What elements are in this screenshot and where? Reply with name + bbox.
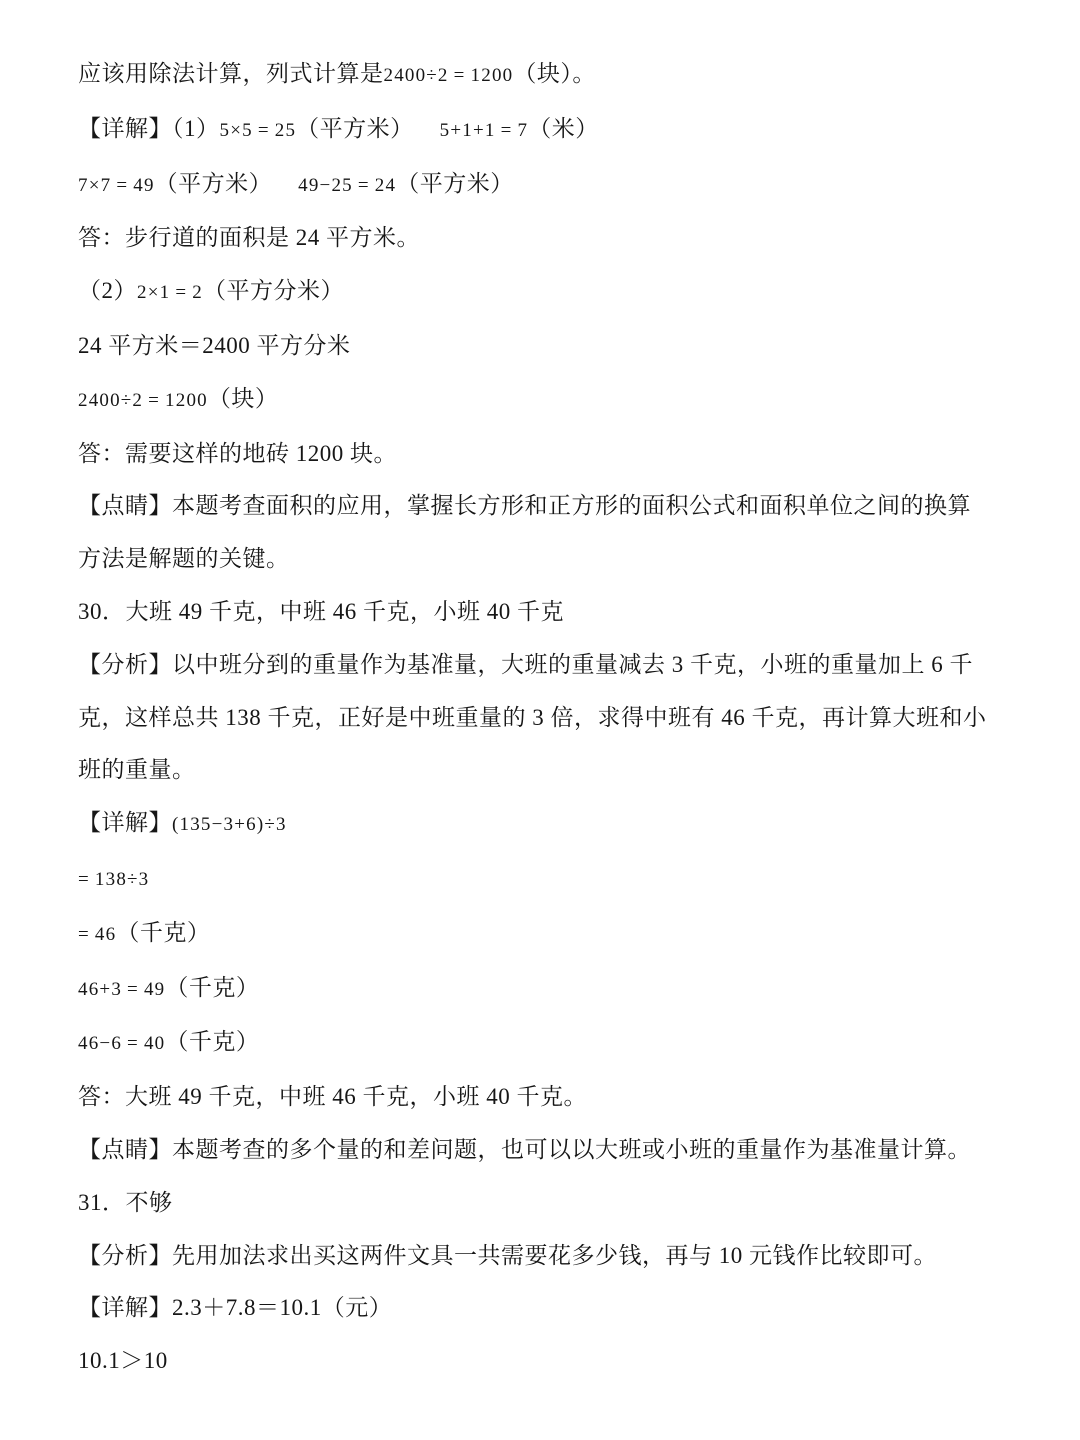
cn-text: 应该用除法计算，列式计算是 (78, 61, 384, 86)
math-text: (135−3+6)÷3 (172, 814, 287, 835)
text-line: 答：步行道的面积是 24 平方米。 (78, 212, 1010, 265)
cn-text: （千克） (165, 975, 259, 1000)
cn-text: （块）。 (513, 61, 596, 86)
cn-text: （平方米） (396, 171, 514, 196)
text-line: 46+3 = 49（千克） (78, 962, 1010, 1017)
cn-text: 班的重量。 (78, 757, 196, 782)
text-line: 【详解】(135−3+6)÷3 (78, 797, 1010, 852)
cn-text: （平方米） (155, 171, 273, 196)
math-text: 49−25 = 24 (298, 175, 396, 196)
cn-text: （块） (208, 386, 279, 411)
cn-text: （平方分米） (203, 278, 344, 303)
math-text: = 46 (78, 924, 116, 945)
cn-text: 【分析】以中班分到的重量作为基准量，大班的重量减去 3 千克，小班的重量加上 6… (78, 652, 973, 677)
cn-text: （米） (528, 116, 599, 141)
text-line: 方法是解题的关键。 (78, 533, 1010, 586)
cn-text: 【点睛】本题考查的多个量的和差问题，也可以以大班或小班的重量作为基准量计算。 (78, 1137, 971, 1162)
text-line: 2400÷2 = 1200（块） (78, 373, 1010, 428)
text-line: 【详解】（1）5×5 = 25（平方米）5+1+1 = 7（米） (78, 103, 1010, 158)
text-line: = 138÷3 (78, 852, 1010, 907)
text-line: 24 平方米＝2400 平方分米 (78, 320, 1010, 373)
text-line: 10.1＞10 (78, 1335, 1010, 1388)
cn-text: 克，这样总共 138 千克，正好是中班重量的 3 倍，求得中班有 46 千克，再… (78, 705, 987, 730)
cn-text: 【点睛】本题考查面积的应用，掌握长方形和正方形的面积公式和面积单位之间的换算 (78, 493, 971, 518)
text-line: 班的重量。 (78, 744, 1010, 797)
text-line: 应该用除法计算，列式计算是2400÷2 = 1200（块）。 (78, 48, 1010, 103)
math-text: 46−6 = 40 (78, 1033, 165, 1054)
math-text: 2×1 = 2 (137, 282, 203, 303)
text-line: （2）2×1 = 2（平方分米） (78, 265, 1010, 320)
cn-text: 方法是解题的关键。 (78, 546, 290, 571)
text-line: 【详解】2.3＋7.8＝10.1（元） (78, 1282, 1010, 1335)
text-line: 【分析】先用加法求出买这两件文具一共需要花多少钱，再与 10 元钱作比较即可。 (78, 1230, 1010, 1283)
document-page: 应该用除法计算，列式计算是2400÷2 = 1200（块）。【详解】（1）5×5… (0, 0, 1080, 1440)
text-line: = 46（千克） (78, 907, 1010, 962)
math-text: 46+3 = 49 (78, 979, 165, 1000)
math-text: 2400÷2 = 1200 (78, 390, 208, 411)
text-line: 7×7 = 49（平方米）49−25 = 24（平方米） (78, 158, 1010, 213)
cn-text: 24 平方米＝2400 平方分米 (78, 333, 351, 358)
math-text: 5×5 = 25 (220, 120, 297, 141)
text-line: 克，这样总共 138 千克，正好是中班重量的 3 倍，求得中班有 46 千克，再… (78, 692, 1010, 745)
cn-text: 答：大班 49 千克，中班 46 千克，小班 40 千克。 (78, 1084, 587, 1109)
cn-text: 30．大班 49 千克，中班 46 千克，小班 40 千克 (78, 599, 564, 624)
cn-text: （平方米） (296, 116, 414, 141)
text-line: 【点睛】本题考查面积的应用，掌握长方形和正方形的面积公式和面积单位之间的换算 (78, 480, 1010, 533)
cn-text: 31．不够 (78, 1190, 173, 1215)
text-line: 【分析】以中班分到的重量作为基准量，大班的重量减去 3 千克，小班的重量加上 6… (78, 639, 1010, 692)
text-line: 【点睛】本题考查的多个量的和差问题，也可以以大班或小班的重量作为基准量计算。 (78, 1124, 1010, 1177)
cn-text: 【详解】2.3＋7.8＝10.1（元） (78, 1295, 392, 1320)
cn-text: （千克） (165, 1029, 259, 1054)
text-line: 30．大班 49 千克，中班 46 千克，小班 40 千克 (78, 586, 1010, 639)
cn-text: 10.1＞10 (78, 1348, 168, 1373)
math-text: 5+1+1 = 7 (440, 120, 529, 141)
text-line: 46−6 = 40（千克） (78, 1016, 1010, 1071)
cn-text: （2） (78, 278, 137, 303)
cn-text: 答：步行道的面积是 24 平方米。 (78, 225, 420, 250)
text-line: 31．不够 (78, 1177, 1010, 1230)
math-text: = 138÷3 (78, 869, 149, 890)
cn-text: 【详解】 (78, 810, 172, 835)
math-text: 7×7 = 49 (78, 175, 155, 196)
cn-text: （千克） (116, 920, 210, 945)
text-line: 答：需要这样的地砖 1200 块。 (78, 428, 1010, 481)
cn-text: 【分析】先用加法求出买这两件文具一共需要花多少钱，再与 10 元钱作比较即可。 (78, 1243, 937, 1268)
cn-text: 答：需要这样的地砖 1200 块。 (78, 441, 397, 466)
math-text: 2400÷2 = 1200 (384, 65, 514, 86)
text-line: 答：大班 49 千克，中班 46 千克，小班 40 千克。 (78, 1071, 1010, 1124)
cn-text: 【详解】（1） (78, 116, 220, 141)
